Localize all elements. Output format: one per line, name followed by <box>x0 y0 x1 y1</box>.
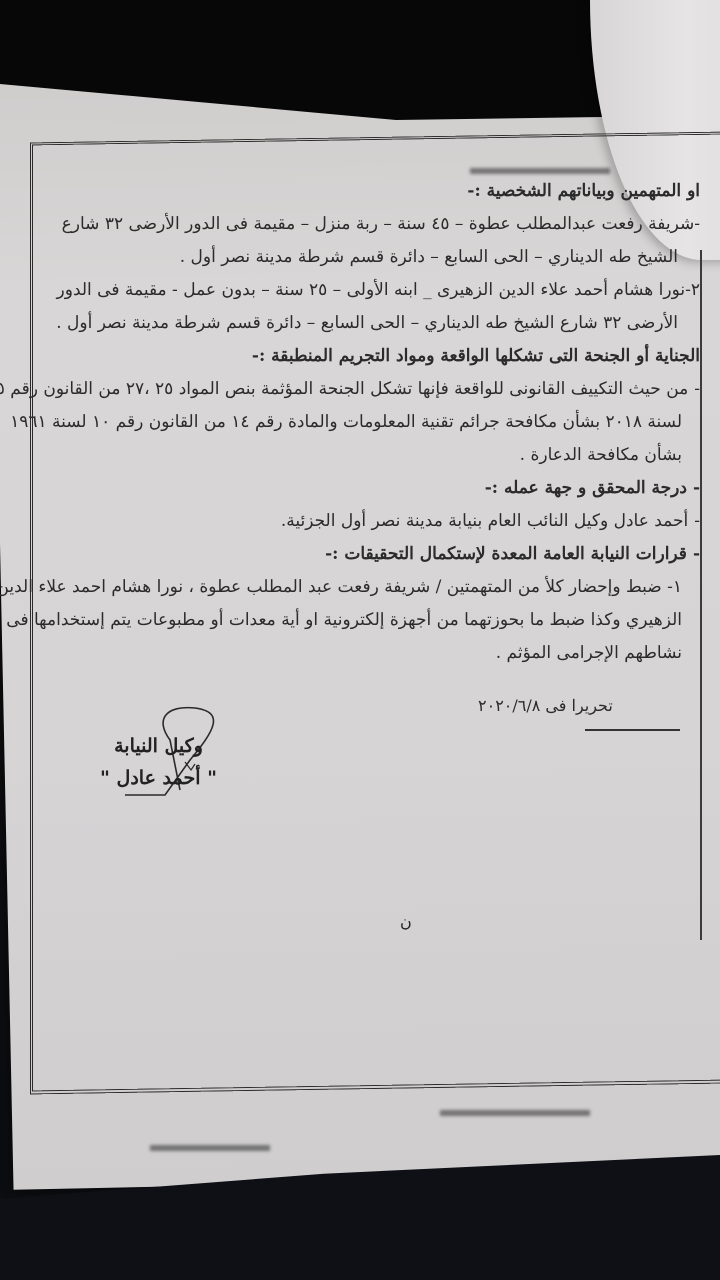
date-underline <box>585 729 680 731</box>
decisions-line-1: ١- ضبط وإحضار كلأ من المتهمتين / شريفة ر… <box>40 571 700 604</box>
signature-name: " أحمد عادل " <box>100 762 217 794</box>
decisions-line-3: نشاطهم الإجرامى المؤثم . <box>40 637 700 670</box>
page-mark: ن <box>400 912 412 931</box>
toner-smudge <box>470 168 610 174</box>
accused-1-line-2: الشيخ طه الديناري – الحى السابع – دائرة … <box>40 241 700 274</box>
signature-block: وكيل النيابة " أحمد عادل " <box>100 730 217 794</box>
investigator-heading-text: درجة المحقق و جهة عمله :- <box>485 478 687 498</box>
toner-smudge <box>440 1110 590 1116</box>
crime-heading: الجناية أو الجنحة التى تشكلها الواقعة وم… <box>40 340 700 373</box>
investigator-heading: -درجة المحقق و جهة عمله :- <box>40 472 700 505</box>
accused-2-line-2: الأرضى ٣٢ شارع الشيخ طه الديناري – الحى … <box>40 307 700 340</box>
document-body: او المتهمين وبياناتهم الشخصية :- -شريفة … <box>40 175 700 670</box>
toner-smudge <box>150 1145 270 1151</box>
right-border-line <box>700 250 702 940</box>
crime-line-3: بشأن مكافحة الدعارة . <box>40 439 700 472</box>
signature-title: وكيل النيابة <box>100 730 217 762</box>
crime-text-1: من حيث التكييف القانونى للواقعة فإنها تش… <box>0 379 688 399</box>
decisions-line-2: الزهيري وكذا ضبط ما بحوزتهما من أجهزة إل… <box>40 604 700 637</box>
crime-line-2: لسنة ٢٠١٨ بشأن مكافحة جرائم تقنية المعلو… <box>40 406 700 439</box>
decisions-heading: -قرارات النيابة العامة المعدة لإستكمال ا… <box>40 538 700 571</box>
accused-2-line-1: ٢-نورا هشام أحمد علاء الدين الزهيرى _ اب… <box>40 274 700 307</box>
investigator-value-text: أحمد عادل وكيل النائب العام بنيابة مدينة… <box>281 511 688 531</box>
accused-1-line-1: -شريفة رفعت عبدالمطلب عطوة – ٤٥ سنة – رب… <box>40 208 700 241</box>
issue-date: تحريرا فى ٢٠٢٠/٦/٨ <box>478 696 613 715</box>
crime-line-1: -من حيث التكييف القانونى للواقعة فإنها ت… <box>40 373 700 406</box>
decisions-heading-text: قرارات النيابة العامة المعدة لإستكمال ال… <box>325 544 687 564</box>
accused-heading: او المتهمين وبياناتهم الشخصية :- <box>40 175 700 208</box>
investigator-value: -أحمد عادل وكيل النائب العام بنيابة مدين… <box>40 505 700 538</box>
